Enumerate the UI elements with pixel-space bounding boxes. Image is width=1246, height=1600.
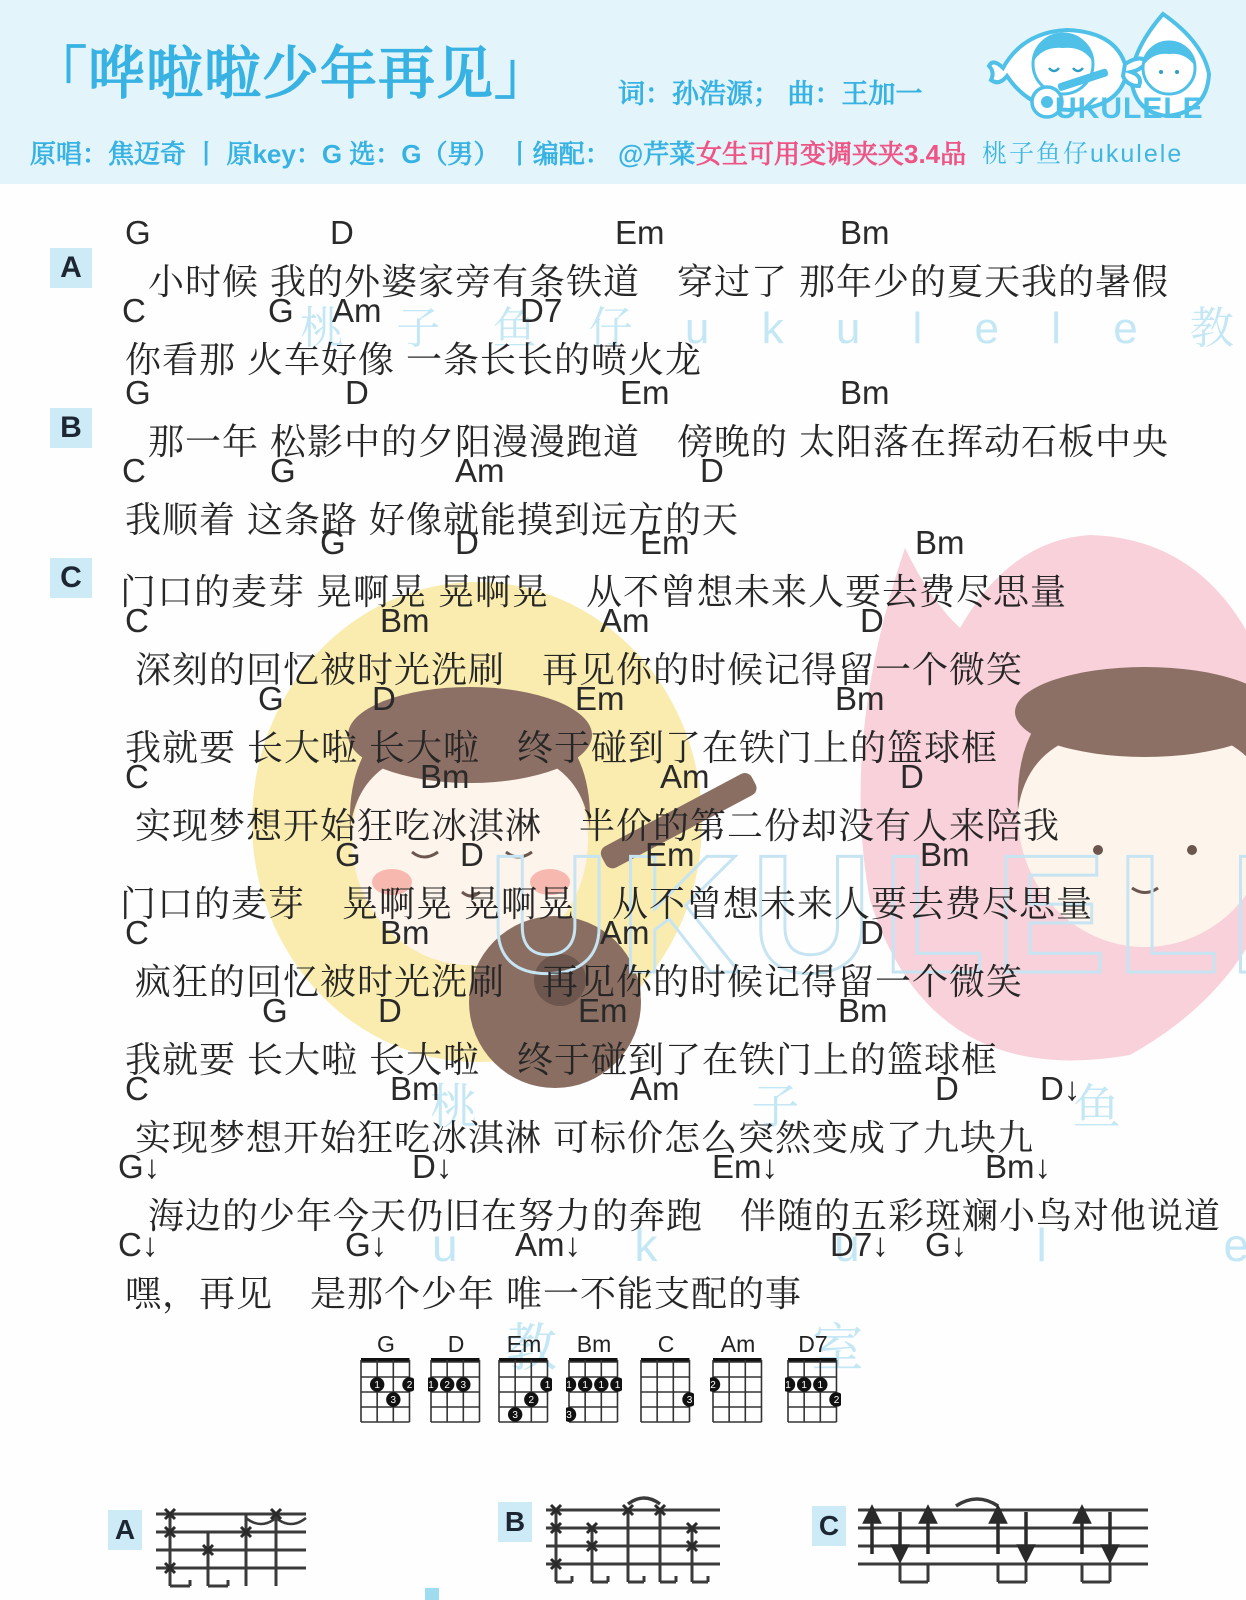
svg-text:1: 1	[545, 1380, 551, 1391]
chord-diagram-c: C3	[638, 1332, 694, 1439]
chord-diagram-strip: G123D123Em123Bm11113C3Am2D71112	[0, 1332, 1246, 1467]
chord-diagram-d: D123	[428, 1332, 484, 1439]
chord-symbol: G	[125, 374, 151, 412]
chord-symbol: G	[320, 524, 346, 562]
chord-row: CGAmD7	[0, 290, 1246, 332]
chord-symbol: Am	[600, 914, 650, 952]
chord-symbol: Bm	[840, 214, 890, 252]
chord-grid: 123	[358, 1356, 414, 1434]
chord-symbol: D	[460, 836, 484, 874]
chord-symbol: G	[268, 292, 294, 330]
svg-text:3: 3	[566, 1410, 572, 1421]
chord-symbol: G↓	[925, 1226, 967, 1264]
chord-diagram-bm: Bm11113	[566, 1332, 622, 1439]
chord-symbol: Bm	[915, 524, 965, 562]
svg-text:3: 3	[687, 1395, 693, 1406]
svg-text:3: 3	[391, 1395, 397, 1406]
chord-row: CBmAmDD↓	[0, 1068, 1246, 1110]
svg-text:3: 3	[461, 1380, 467, 1391]
chord-symbol: Am	[455, 452, 505, 490]
chord-symbol: C	[122, 292, 146, 330]
chord-symbol: Bm	[920, 836, 970, 874]
chord-symbol: G	[335, 836, 361, 874]
chord-diagram-g: G123	[358, 1332, 414, 1439]
chord-symbol: Em	[578, 992, 628, 1030]
chord-symbol: Bm	[380, 602, 430, 640]
chord-diagram-d7: D71112	[785, 1332, 841, 1439]
chord-diagram-label: C	[638, 1332, 694, 1356]
chord-symbol: Bm	[380, 914, 430, 952]
svg-text:1: 1	[428, 1380, 434, 1391]
chord-symbol: G↓	[118, 1148, 160, 1186]
chord-symbol: Bm	[390, 1070, 440, 1108]
lyric-chord-pair: GDEmBm我就要 长大啦 长大啦 终于碰到了在铁门上的篮球框	[0, 990, 1246, 1068]
chord-symbol: G	[270, 452, 296, 490]
chord-row: GDEmBm	[0, 372, 1246, 414]
chord-diagram-label: Bm	[566, 1332, 622, 1356]
chord-grid: 3	[638, 1356, 694, 1434]
svg-text:1: 1	[785, 1380, 791, 1391]
section-c: CGDEmBm门口的麦芽 晃啊晃 晃啊晃 从不曾想未来人要去费尽思量CBmAmD…	[0, 522, 1246, 1302]
chord-sheet-page: 桃 子 鱼 仔 u k u l e l e 教 室 UKULELE 桃 子 鱼 …	[0, 0, 1246, 1600]
svg-text:1: 1	[599, 1380, 605, 1391]
chord-symbol: D	[860, 914, 884, 952]
svg-text:2: 2	[444, 1380, 450, 1391]
chord-symbol: D	[455, 524, 479, 562]
chord-diagram-em: Em123	[496, 1332, 552, 1439]
strum-pattern-label-c: C	[812, 1506, 846, 1546]
chord-symbol: Am	[332, 292, 382, 330]
svg-text:2: 2	[529, 1395, 535, 1406]
chord-symbol: D↓	[412, 1148, 452, 1186]
chord-symbol: Em	[615, 214, 665, 252]
chord-symbol: Em	[640, 524, 690, 562]
chord-symbol: Am	[630, 1070, 680, 1108]
lyric-chord-pair: CGAmD我顺着 这条路 好像就能摸到远方的天	[0, 450, 1246, 528]
chord-symbol: D	[330, 214, 354, 252]
chord-grid: 1112	[785, 1356, 841, 1434]
chord-row: CGAmD	[0, 450, 1246, 492]
lyric-line: 嘿，再见 是那个少年 唯一不能支配的事	[0, 1266, 1246, 1317]
strum-pattern-c-tab	[852, 1496, 1152, 1591]
chord-row: G↓D↓Em↓Bm↓	[0, 1146, 1246, 1188]
svg-text:2: 2	[834, 1395, 840, 1406]
chord-row: GDEmBm	[0, 678, 1246, 720]
lyric-chord-pair: CGAmD7你看那 火车好像 一条长长的喷火龙	[0, 290, 1246, 368]
chord-symbol: C	[125, 602, 149, 640]
lyric-chord-pair: GDEmBm小时候 我的外婆家旁有条铁道 穿过了 那年少的夏天我的暑假	[0, 212, 1246, 290]
lyric-chord-pair: CBmAmDD↓实现梦想开始狂吃冰淇淋 可标价怎么突然变成了九块九	[0, 1068, 1246, 1146]
chord-diagram-am: Am2	[710, 1332, 766, 1439]
chord-diagram-label: Am	[710, 1332, 766, 1356]
svg-text:1: 1	[566, 1380, 572, 1391]
chord-row: C↓G↓Am↓D7↓G↓	[0, 1224, 1246, 1266]
lyric-chord-pair: GDEmBm门口的麦芽 晃啊晃 晃啊晃 从不曾想未来人要去费尽思量	[0, 834, 1246, 912]
chord-diagram-label: D7	[785, 1332, 841, 1356]
lyric-chord-pair: CBmAmD深刻的回忆被时光洗刷 再见你的时候记得留一个微笑	[0, 600, 1246, 678]
strum-pattern-a-tab	[150, 1502, 310, 1594]
svg-text:1: 1	[818, 1380, 824, 1391]
chord-symbol: D	[900, 758, 924, 796]
chord-grid: 2	[710, 1356, 766, 1434]
strum-pattern-label-a: A	[108, 1510, 142, 1550]
chord-row: GDEmBm	[0, 522, 1246, 564]
chord-symbol: D	[700, 452, 724, 490]
chord-symbol: Bm	[420, 758, 470, 796]
svg-text:2: 2	[407, 1380, 413, 1391]
lyric-chord-pair: CBmAmD疯狂的回忆被时光洗刷 再见你的时候记得留一个微笑	[0, 912, 1246, 990]
chord-symbol: D	[935, 1070, 959, 1108]
chord-symbol: D	[345, 374, 369, 412]
chord-symbol: Am	[600, 602, 650, 640]
lyric-chord-pair: GDEmBm门口的麦芽 晃啊晃 晃啊晃 从不曾想未来人要去费尽思量	[0, 522, 1246, 600]
chord-grid: 123	[428, 1356, 484, 1434]
chord-symbol: C	[125, 914, 149, 952]
section-b: BGDEmBm那一年 松影中的夕阳漫漫跑道 傍晚的 太阳落在挥动石板中央CGAm…	[0, 372, 1246, 528]
chord-symbol: C	[122, 452, 146, 490]
chord-row: CBmAmD	[0, 600, 1246, 642]
chord-symbol: D	[378, 992, 402, 1030]
chord-symbol: Bm	[840, 374, 890, 412]
chord-symbol: Am	[660, 758, 710, 796]
chord-symbol: D	[860, 602, 884, 640]
section-a: AGDEmBm小时候 我的外婆家旁有条铁道 穿过了 那年少的夏天我的暑假CGAm…	[0, 212, 1246, 368]
svg-text:1: 1	[582, 1380, 588, 1391]
chord-diagram-label: Em	[496, 1332, 552, 1356]
chord-symbol: Am↓	[515, 1226, 581, 1264]
lyric-chord-pair: G↓D↓Em↓Bm↓海边的少年今天仍旧在努力的奔跑 伴随的五彩斑斓小鸟对他说道	[0, 1146, 1246, 1224]
chord-symbol: D7	[520, 292, 562, 330]
chord-diagram-label: G	[358, 1332, 414, 1356]
svg-text:2: 2	[710, 1380, 716, 1391]
chord-symbol: D7↓	[830, 1226, 889, 1264]
svg-text:1: 1	[801, 1380, 807, 1391]
chord-grid: 123	[496, 1356, 552, 1434]
lyric-chord-pair: CBmAmD实现梦想开始狂吃冰淇淋 半价的第二份却没有人来陪我	[0, 756, 1246, 834]
chord-grid: 11113	[566, 1356, 622, 1434]
chord-symbol: D↓	[1040, 1070, 1080, 1108]
chord-symbol: C	[125, 758, 149, 796]
chord-symbol: D	[372, 680, 396, 718]
chord-symbol: G	[125, 214, 151, 252]
chord-row: CBmAmD	[0, 756, 1246, 798]
chord-row: CBmAmD	[0, 912, 1246, 954]
strumming-patterns: A B	[0, 1492, 1246, 1600]
chord-symbol: Em	[620, 374, 670, 412]
chord-diagram-label: D	[428, 1332, 484, 1356]
chord-symbol: Bm	[838, 992, 888, 1030]
chord-row: GDEmBm	[0, 990, 1246, 1032]
svg-text:3: 3	[512, 1410, 518, 1421]
chord-row: GDEmBm	[0, 834, 1246, 876]
chord-symbol: C↓	[118, 1226, 158, 1264]
chord-symbol: Em↓	[712, 1148, 778, 1186]
chord-symbol: G	[262, 992, 288, 1030]
lyric-chord-pair: GDEmBm我就要 长大啦 长大啦 终于碰到了在铁门上的篮球框	[0, 678, 1246, 756]
chord-symbol: Bm↓	[985, 1148, 1051, 1186]
strum-pattern-label-b: B	[498, 1502, 532, 1542]
chord-symbol: G	[258, 680, 284, 718]
strum-pattern-b-tab	[540, 1492, 725, 1592]
svg-text:1: 1	[374, 1380, 380, 1391]
chord-symbol: Em	[575, 680, 625, 718]
lyric-chord-pair: C↓G↓Am↓D7↓G↓嘿，再见 是那个少年 唯一不能支配的事	[0, 1224, 1246, 1302]
chord-symbol: C	[125, 1070, 149, 1108]
lyric-chord-pair: GDEmBm那一年 松影中的夕阳漫漫跑道 傍晚的 太阳落在挥动石板中央	[0, 372, 1246, 450]
chord-symbol: Em	[645, 836, 695, 874]
chord-symbol: Bm	[835, 680, 885, 718]
chord-row: GDEmBm	[0, 212, 1246, 254]
svg-text:1: 1	[615, 1380, 621, 1391]
chord-symbol: G↓	[345, 1226, 387, 1264]
